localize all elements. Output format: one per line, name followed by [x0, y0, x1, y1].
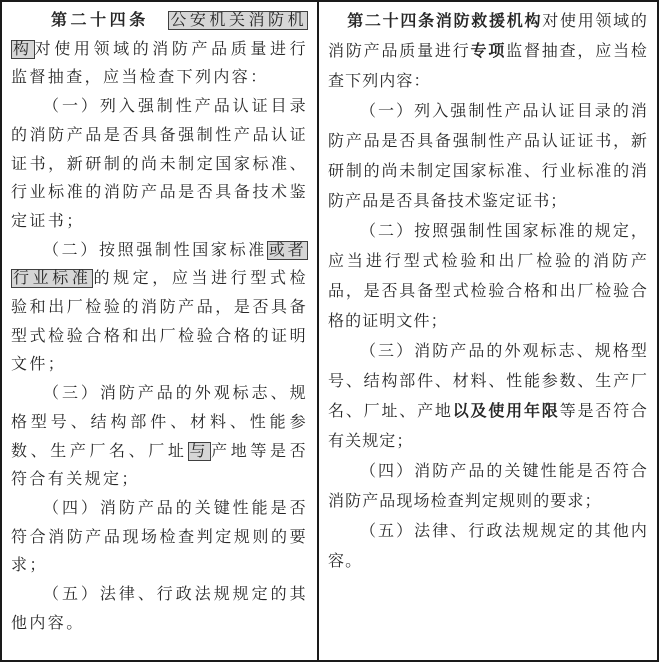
- emphasized-text-run: 第二十四条消防救援机构: [347, 13, 542, 30]
- article-paragraph: （三）消防产品的外观标志、规格型号、结构部件、材料、性能参数、生产厂名、厂址与产…: [11, 380, 308, 495]
- article-paragraph: （一）列入强制性产品认证目录的消防产品是否具备强制性产品认证证书，新研制的尚未制…: [11, 93, 308, 237]
- text-run: （四）消防产品的关键性能是否符合消防产品现场检查判定规则的要求；: [328, 463, 648, 510]
- right-column-revised-text: 第二十四条消防救援机构对使用领域的消防产品质量进行专项监督抽查，应当检查下列内容…: [319, 2, 657, 660]
- text-run: （五）法律、行政法规规定的其他内容。: [328, 523, 648, 570]
- text-run: [149, 12, 169, 29]
- article-paragraph: 第二十四条消防救援机构对使用领域的消防产品质量进行专项监督抽查，应当检查下列内容…: [328, 7, 648, 97]
- left-column-original-text: 第二十四条 公安机关消防机构对使用领域的消防产品质量进行监督抽查，应当检查下列内…: [2, 2, 319, 660]
- article-paragraph: （五）法律、行政法规规定的其他内容。: [11, 581, 308, 638]
- text-run: （一）列入强制性产品认证目录的消防产品是否具备强制性产品认证证书，新研制的尚未制…: [328, 103, 648, 210]
- article-paragraph: （二）按照强制性国家标准或者行业标准的规定，应当进行型式检验和出厂检验的消防产品…: [11, 237, 308, 381]
- highlighted-deleted-text-run: 与: [188, 442, 212, 461]
- text-run: （五）法律、行政法规规定的其他内容。: [11, 586, 308, 632]
- text-run: （二）按照强制性国家标准的规定，应当进行型式检验和出厂检验的消防产品，是否具备型…: [328, 223, 648, 330]
- article-paragraph: （三）消防产品的外观标志、规格型号、结构部件、材料、性能参数、生产厂名、厂址、产…: [328, 337, 648, 457]
- article-paragraph: （四）消防产品的关键性能是否符合消防产品现场检查判定规则的要求；: [11, 495, 308, 581]
- article-paragraph: （一）列入强制性产品认证目录的消防产品是否具备强制性产品认证证书，新研制的尚未制…: [328, 97, 648, 217]
- article-paragraph: （二）按照强制性国家标准的规定，应当进行型式检验和出厂检验的消防产品，是否具备型…: [328, 217, 648, 337]
- comparison-table: 第二十四条 公安机关消防机构对使用领域的消防产品质量进行监督抽查，应当检查下列内…: [0, 0, 659, 662]
- text-run: （二）按照强制性国家标准: [43, 242, 267, 259]
- emphasized-text-run: 以及使用年限: [453, 403, 560, 420]
- article-paragraph: （五）法律、行政法规规定的其他内容。: [328, 517, 648, 577]
- text-run: 对使用领域的消防产品质量进行监督抽查，应当检查下列内容：: [11, 41, 308, 87]
- article-paragraph: 第二十四条 公安机关消防机构对使用领域的消防产品质量进行监督抽查，应当检查下列内…: [11, 7, 308, 93]
- emphasized-text-run: 第二十四条: [51, 12, 149, 29]
- text-run: （四）消防产品的关键性能是否符合消防产品现场检查判定规则的要求；: [11, 500, 308, 574]
- article-paragraph: （四）消防产品的关键性能是否符合消防产品现场检查判定规则的要求；: [328, 457, 648, 517]
- text-run: （一）列入强制性产品认证目录的消防产品是否具备强制性产品认证证书，新研制的尚未制…: [11, 98, 308, 230]
- emphasized-text-run: 专项: [471, 43, 507, 60]
